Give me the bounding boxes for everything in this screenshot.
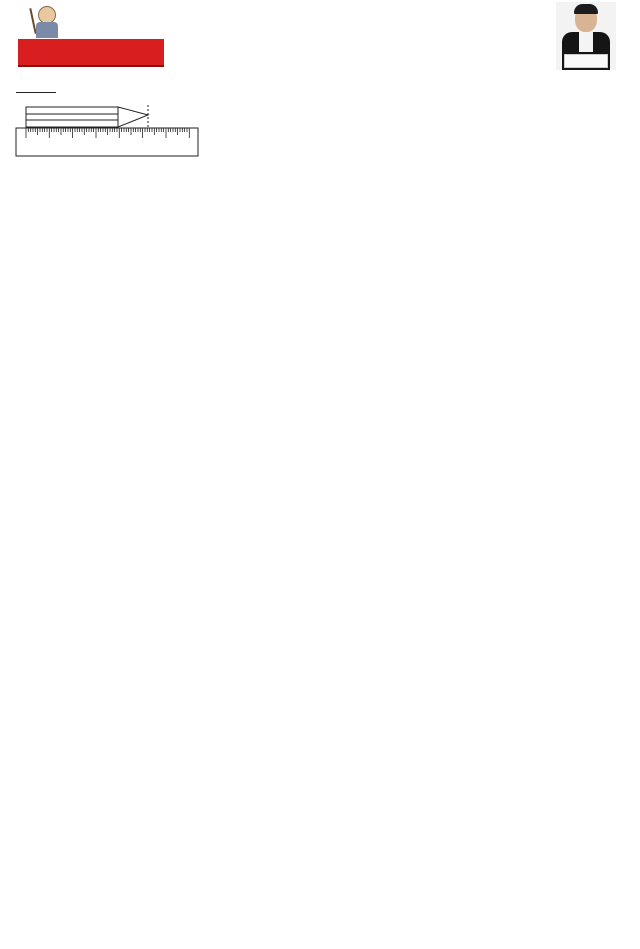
mascot-icon bbox=[32, 6, 66, 40]
answer-blank bbox=[16, 81, 56, 93]
logo-brand-name bbox=[18, 39, 164, 67]
ruler-pencil-figure bbox=[14, 105, 204, 163]
brand-logo bbox=[18, 4, 164, 70]
presenter-photo-icon bbox=[556, 2, 616, 70]
example1-question bbox=[14, 81, 58, 97]
header-banner bbox=[0, 0, 640, 75]
